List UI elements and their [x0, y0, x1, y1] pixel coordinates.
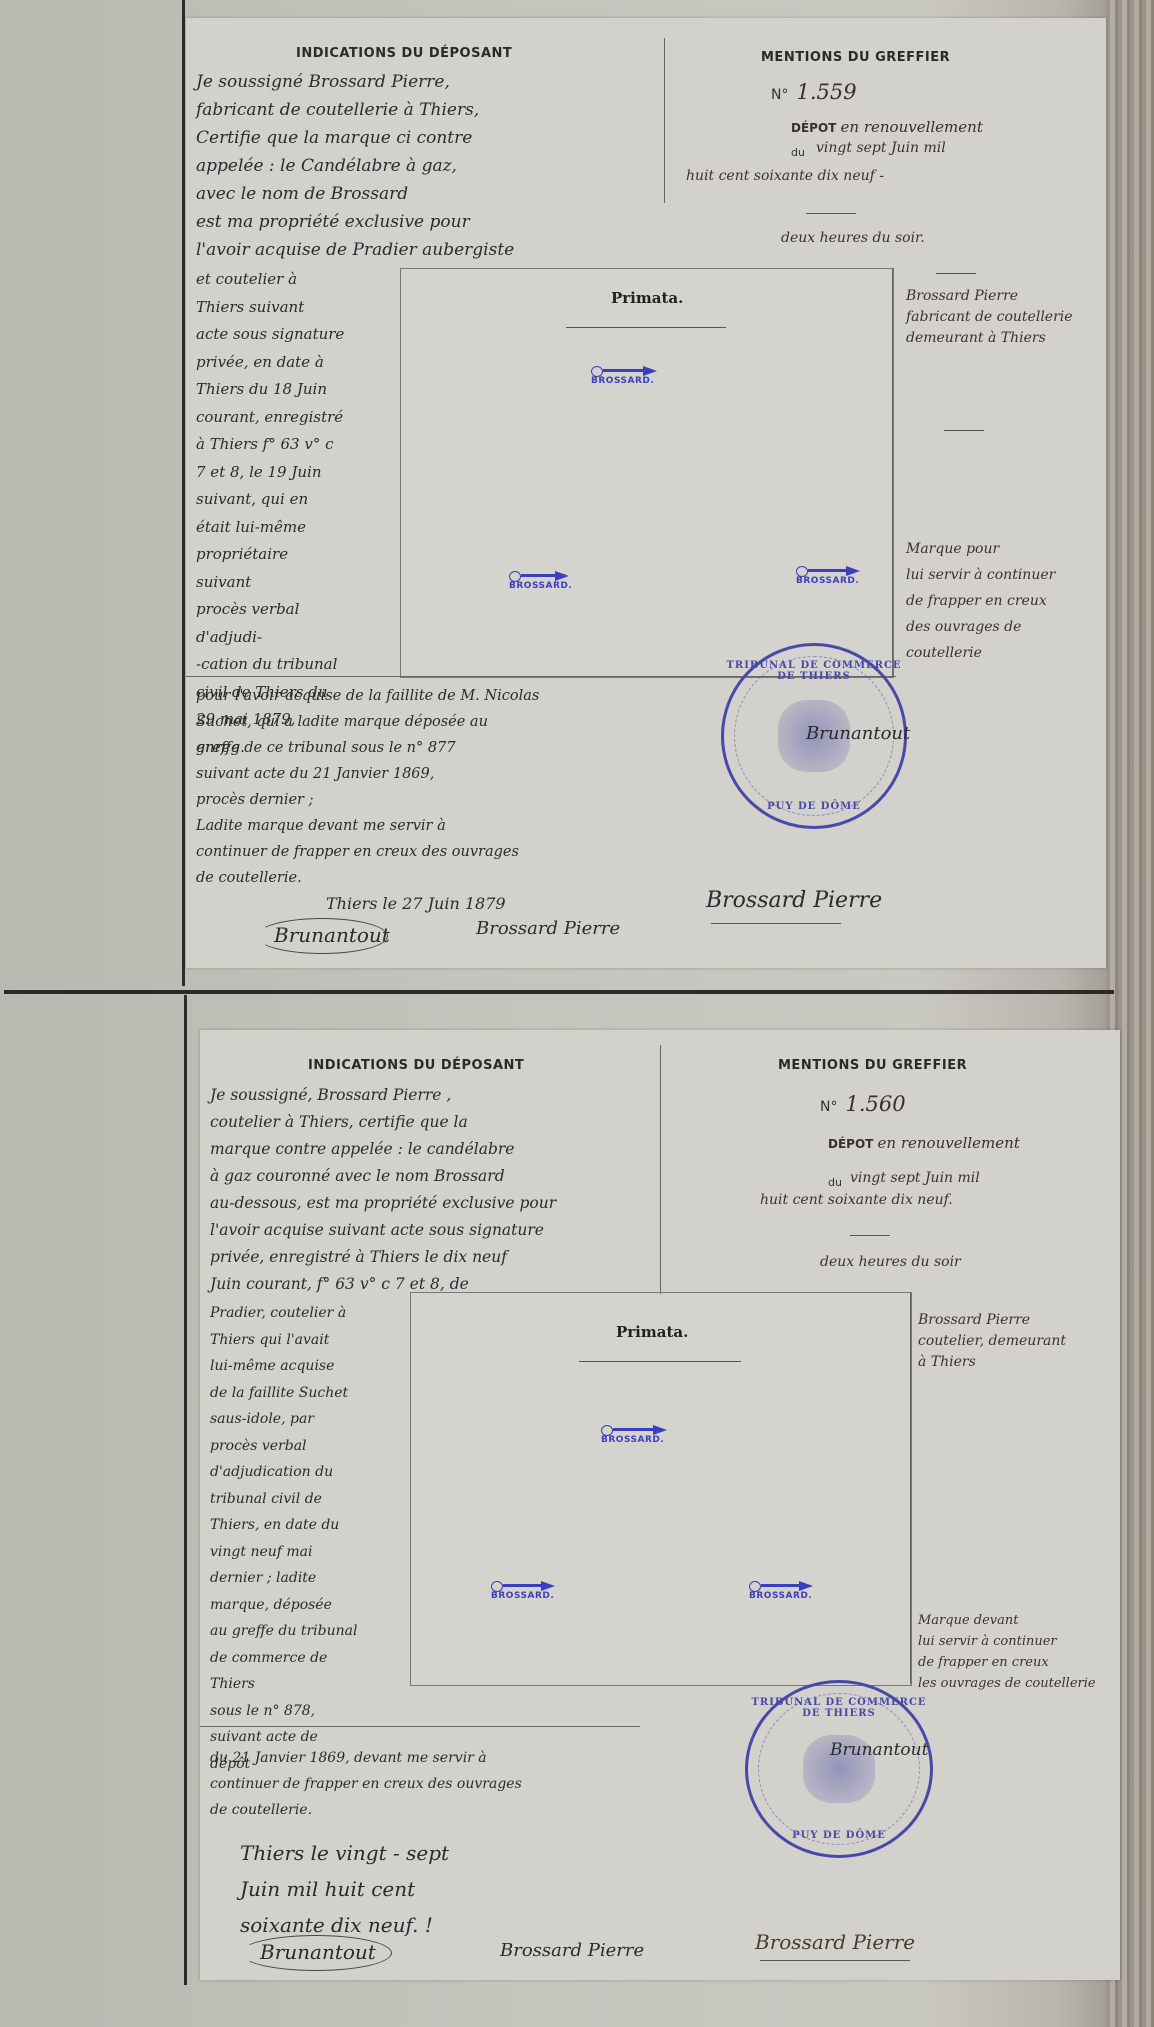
depositor-text-top: Je soussigné, Brossard Pierre , coutelie…	[210, 1082, 680, 1298]
separator	[850, 1235, 890, 1236]
deposit-date-line1: vingt sept Juin mil	[850, 1168, 980, 1189]
entry-sheet-1560: INDICATIONS DU DÉPOSANT MENTIONS DU GREF…	[200, 1030, 1120, 1980]
entry-divider	[4, 990, 1114, 994]
signature-underline	[711, 923, 841, 924]
seal-signature: Brunantout	[806, 723, 910, 744]
clerk-name-block: Brossard Pierre coutelier, demeurant à T…	[918, 1310, 1108, 1373]
row-divider	[200, 1726, 640, 1727]
margin-rule-top	[182, 0, 185, 986]
clerk-header: MENTIONS DU GREFFIER	[778, 1058, 967, 1073]
du-label: du	[828, 1176, 842, 1189]
clerk-name-block: Brossard Pierre fabricant de coutellerie…	[906, 286, 1096, 349]
depot-line: DÉPOT en renouvellement	[791, 118, 983, 136]
deposit-time: deux heures du soir	[820, 1252, 961, 1273]
du-label: du	[791, 146, 805, 159]
signature-flourish	[256, 918, 388, 954]
signature-flourish	[240, 1935, 392, 1971]
depositor-signature: Brossard Pierre	[476, 918, 620, 939]
clerk-use-block: Marque pour lui servir à continuer de fr…	[906, 536, 1096, 666]
separator	[944, 430, 984, 431]
clerk-use-block: Marque devant lui servir à continuer de …	[918, 1610, 1108, 1694]
depot-line: DÉPOT en renouvellement	[828, 1134, 1020, 1152]
primata-rule	[566, 327, 726, 328]
deposit-date-line1: vingt sept Juin mil	[816, 138, 946, 159]
separator	[936, 273, 976, 274]
registration-number: N°1.560	[820, 1092, 906, 1116]
candelabra-icon	[749, 1581, 812, 1591]
depositor-header: INDICATIONS DU DÉPOSANT	[296, 46, 512, 61]
seal-signature: Brunantout	[830, 1740, 928, 1760]
primata-label: Primata.	[616, 1323, 688, 1341]
primata-rule	[579, 1361, 741, 1362]
brossard-stamp: BROSSARD.	[601, 1425, 664, 1445]
depositor-signature: Brossard Pierre	[500, 1940, 644, 1961]
brossard-stamp: BROSSARD.	[591, 366, 654, 386]
brossard-stamp: BROSSARD.	[796, 566, 859, 586]
deposit-date-line2: huit cent soixante dix neuf.	[760, 1190, 953, 1211]
clerk-header: MENTIONS DU GREFFIER	[761, 50, 950, 65]
depositor-text-top: Je soussigné Brossard Pierre, fabricant …	[196, 68, 666, 264]
margin-rule-bottom	[184, 995, 187, 1985]
place-date: Thiers le 27 Juin 1879	[326, 890, 506, 918]
candelabra-icon	[509, 571, 572, 581]
candelabra-icon	[796, 566, 859, 576]
trademark-specimen-box: Primata. BROSSARD. BROSSARD. BROSSARD.	[410, 1292, 912, 1686]
deposit-date-line2: huit cent soixante dix neuf -	[686, 166, 884, 187]
brossard-stamp: BROSSARD.	[749, 1581, 812, 1601]
registration-number: N°1.559	[771, 80, 857, 104]
deposit-time: deux heures du soir.	[781, 228, 925, 249]
entry-sheet-1559: INDICATIONS DU DÉPOSANT MENTIONS DU GREF…	[186, 18, 1106, 968]
separator	[806, 213, 856, 214]
brossard-stamp: BROSSARD.	[509, 571, 572, 591]
place-date: Thiers le vingt - sept Juin mil huit cen…	[240, 1835, 660, 1943]
clerk-signature: Brossard Pierre	[706, 888, 882, 913]
seal-text-top: TRIBUNAL DE COMMERCE DE THIERS	[724, 660, 904, 682]
tribunal-seal: TRIBUNAL DE COMMERCE DE THIERS PUY DE DÔ…	[745, 1680, 933, 1858]
depositor-text-left: Pradier, coutelier à Thiers qui l'avait …	[210, 1300, 360, 1777]
clerk-signature: Brossard Pierre	[755, 1930, 915, 1954]
column-divider	[892, 268, 893, 676]
candelabra-icon	[601, 1425, 664, 1435]
candelabra-icon	[491, 1581, 554, 1591]
seal-text-bottom: PUY DE DÔME	[748, 1830, 930, 1841]
signature-underline	[760, 1960, 910, 1961]
registry-page: INDICATIONS DU DÉPOSANT MENTIONS DU GREF…	[0, 0, 1154, 2027]
depositor-text-bottom: du 21 Janvier 1869, devant me servir à c…	[210, 1745, 680, 1823]
seal-text-bottom: PUY DE DÔME	[724, 801, 904, 812]
primata-label: Primata.	[611, 289, 683, 307]
column-divider	[910, 1292, 911, 1684]
depositor-text-bottom: pour l'avoir acquise de la faillite de M…	[196, 683, 666, 891]
seal-text-top: TRIBUNAL DE COMMERCE DE THIERS	[748, 1697, 930, 1719]
trademark-specimen-box: Primata. BROSSARD. BROSSARD. BROSSARD.	[400, 268, 894, 678]
depositor-header: INDICATIONS DU DÉPOSANT	[308, 1058, 524, 1073]
candelabra-icon	[591, 366, 654, 376]
brossard-stamp: BROSSARD.	[491, 1581, 554, 1601]
